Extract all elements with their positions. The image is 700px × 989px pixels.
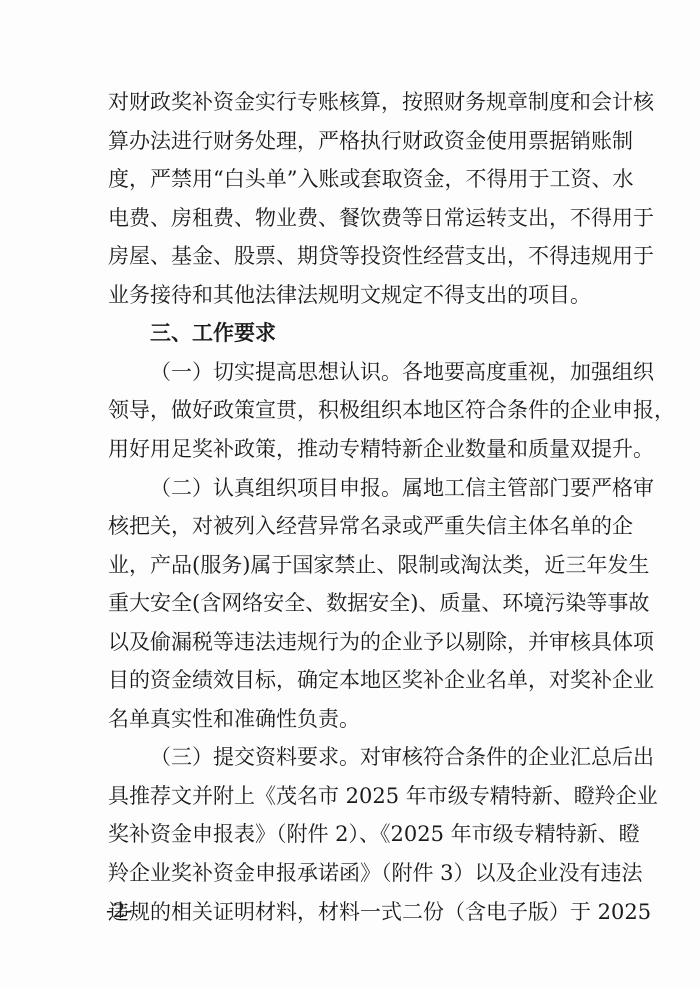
paragraph-line: 具推荐文并附上《茂名市 2025 年市级专精特新、瞪羚企业 bbox=[108, 777, 596, 815]
paragraph-line: （一）切实提高思想认识。各地要高度重视，加强组织 bbox=[150, 353, 596, 391]
paragraph-line: 重大安全(含网络安全、数据安全)、质量、环境污染等事故 bbox=[108, 584, 596, 622]
paragraph-line: 度，严禁用“白头单”入账或套取资金，不得用于工资、水 bbox=[108, 160, 596, 198]
paragraph-line: 用好用足奖补政策，推动专精特新企业数量和质量双提升。 bbox=[108, 430, 596, 468]
paragraph-line: 算办法进行财务处理，严格执行财政资金使用票据销账制 bbox=[108, 122, 596, 160]
paragraph-line: （二）认真组织项目申报。属地工信主管部门要严格审 bbox=[150, 469, 596, 507]
paragraph-line: （三）提交资料要求。对审核符合条件的企业汇总后出 bbox=[150, 738, 596, 776]
paragraph-line: 房屋、基金、股票、期贷等投资性经营支出，不得违规用于 bbox=[108, 237, 596, 275]
paragraph-line: 对财政奖补资金实行专账核算，按照财务规章制度和会计核 bbox=[108, 83, 596, 121]
paragraph-line: 业务接待和其他法律法规明文规定不得支出的项目。 bbox=[108, 276, 596, 314]
paragraph-line: 羚企业奖补资金申报承诺函》（附件 3）以及企业没有违法 bbox=[108, 854, 596, 892]
paragraph-line-last: 违规的相关证明材料，材料一式二份（含电子版）于 2025 bbox=[108, 893, 596, 931]
paragraph-line: 核把关，对被列入经营异常名录或严重失信主体名单的企 bbox=[108, 507, 596, 545]
document-page: 对财政奖补资金实行专账核算，按照财务规章制度和会计核 算办法进行财务处理，严格执… bbox=[0, 0, 700, 989]
section-heading: 三、工作要求 bbox=[150, 314, 596, 352]
paragraph-line: 领导，做好政策宣贯，积极组织本地区符合条件的企业申报， bbox=[108, 391, 596, 429]
paragraph-line: 电费、房租费、物业费、餐饮费等日常运转支出，不得用于 bbox=[108, 199, 596, 237]
paragraph-line: 名单真实性和准确性负责。 bbox=[108, 700, 596, 738]
page-number: -2- bbox=[106, 896, 132, 924]
paragraph-line: 奖补资金申报表》（附件 2）、《2025 年市级专精特新、瞪 bbox=[108, 815, 596, 853]
paragraph-line: 以及偷漏税等违法违规行为的企业予以剔除，并审核具体项 bbox=[108, 623, 596, 661]
paragraph-line: 目的资金绩效目标，确定本地区奖补企业名单，对奖补企业 bbox=[108, 661, 596, 699]
paragraph-line: 业，产品(服务)属于国家禁止、限制或淘汰类，近三年发生 bbox=[108, 546, 596, 584]
